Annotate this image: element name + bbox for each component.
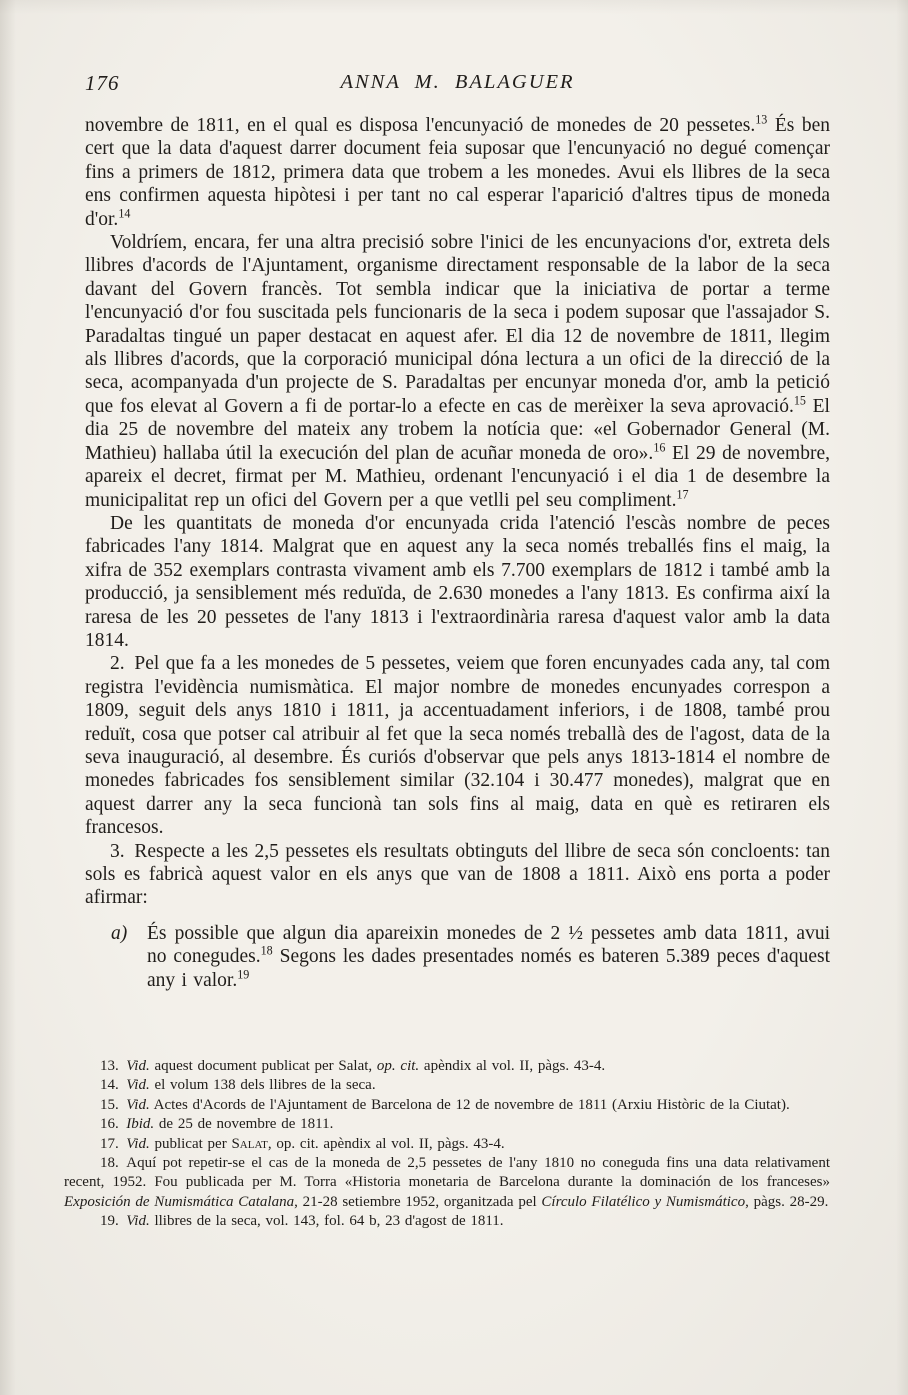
footnote: 17. Vid. publicat per Salat, op. cit. ap… [64, 1135, 830, 1154]
footnote-ref: 17 [676, 487, 688, 501]
list-item-a: a)És possible que algun dia apareixin mo… [147, 922, 830, 992]
text-run: 18. Aquí pot repetir-se el cas de la mon… [64, 1155, 830, 1190]
footnotes: 13. Vid. aquest document publicat per Sa… [64, 1057, 830, 1232]
running-head-row: 176 ANNA M. BALAGUER [85, 71, 830, 97]
text-run: Vid. [126, 1213, 149, 1229]
text-run: Ibid. [126, 1116, 154, 1132]
footnote-ref: 15 [794, 393, 806, 407]
text-run: 2. Pel que fa a les monedes de 5 pessete… [85, 653, 830, 838]
text-run: llibres de la seca, vol. 143, fol. 64 b,… [150, 1213, 504, 1229]
body-text: novembre de 1811, en el qual es disposa … [85, 114, 830, 992]
text-run: Vid. [126, 1097, 149, 1113]
footnote-ref: 16 [653, 440, 665, 454]
text-run: Círculo Filatélico y Numismático [541, 1194, 745, 1210]
text-run: 16. [100, 1116, 126, 1132]
footnote-ref: 18 [261, 944, 273, 958]
paragraph: Voldríem, encara, fer una altra precisió… [85, 231, 830, 512]
footnote: 16. Ibid. de 25 de novembre de 1811. [64, 1115, 830, 1134]
paragraph: novembre de 1811, en el qual es disposa … [85, 114, 830, 231]
text-run: 15. [100, 1097, 126, 1113]
footnote-ref: 13 [755, 113, 767, 127]
text-run: , pàgs. 28-29. [745, 1194, 828, 1210]
running-head: ANNA M. BALAGUER [85, 71, 830, 94]
text-run: Exposición de Numismática Catalana [64, 1194, 294, 1210]
text-run: 17. [100, 1136, 126, 1152]
paragraph: 2. Pel que fa a les monedes de 5 pessete… [85, 652, 830, 839]
text-run: Vid. [126, 1077, 149, 1093]
text-run: de 25 de novembre de 1811. [154, 1116, 333, 1132]
text-run: Vid. [126, 1058, 149, 1074]
text-run: publicat per [150, 1136, 232, 1152]
footnote: 18. Aquí pot repetir-se el cas de la mon… [64, 1154, 830, 1212]
text-run: 14. [100, 1077, 126, 1093]
text-run: Salat [231, 1136, 267, 1152]
text-run: op. cit. [377, 1058, 419, 1074]
text-run: 19. [100, 1213, 126, 1229]
text-run: , op. cit. apèndix al vol. II, pàgs. 43-… [268, 1136, 505, 1152]
footnote: 15. Vid. Actes d'Acords de l'Ajuntament … [64, 1096, 830, 1115]
text-run: De les quantitats de moneda d'or encunya… [85, 513, 830, 651]
paragraph: 3. Respecte a les 2,5 pessetes els resul… [85, 840, 830, 910]
paragraph: De les quantitats de moneda d'or encunya… [85, 512, 830, 652]
text-run: el volum 138 dels llibres de la seca. [150, 1077, 376, 1093]
text-run: 13. [100, 1058, 126, 1074]
footnote: 19. Vid. llibres de la seca, vol. 143, f… [64, 1212, 830, 1231]
footnote: 14. Vid. el volum 138 dels llibres de la… [64, 1076, 830, 1095]
footnote-ref: 19 [237, 967, 249, 981]
footnote: 13. Vid. aquest document publicat per Sa… [64, 1057, 830, 1076]
list-marker: a) [111, 922, 127, 945]
book-page: 176 ANNA M. BALAGUER novembre de 1811, e… [0, 0, 908, 1395]
text-run: Voldríem, encara, fer una altra precisió… [85, 232, 830, 417]
text-run: , 21-28 setiembre 1952, organitzada pel [294, 1194, 541, 1210]
text-run: Actes d'Acords de l'Ajuntament de Barcel… [150, 1097, 790, 1113]
text-run: 3. Respecte a les 2,5 pessetes els resul… [85, 841, 830, 909]
text-run: Vid. [126, 1136, 149, 1152]
footnote-ref: 14 [118, 206, 130, 220]
text-run: apèndix al vol. II, pàgs. 43-4. [419, 1058, 605, 1074]
text-run: novembre de 1811, en el qual es disposa … [85, 115, 755, 136]
text-run: aquest document publicat per Salat, [150, 1058, 377, 1074]
